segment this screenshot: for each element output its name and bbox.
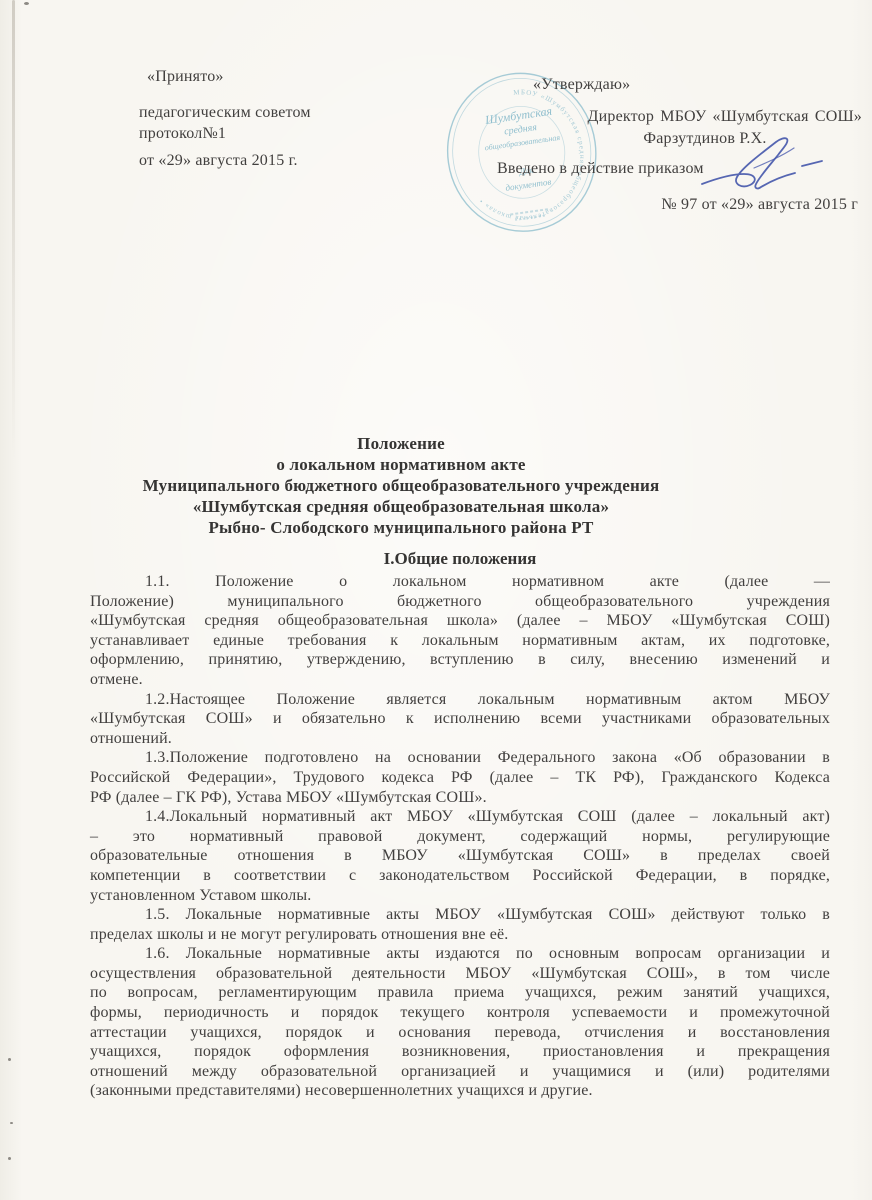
paragraph: 1.4.Локальный нормативный акт МБОУ «Шумб… xyxy=(90,807,830,905)
protocol-number-line: протокол№1 xyxy=(139,125,226,143)
paragraph-line: осуществления образовательной деятельнос… xyxy=(90,964,830,984)
scan-crease xyxy=(12,0,15,460)
paragraph-line: (законными представителями) несовершенно… xyxy=(90,1081,830,1101)
paragraph-line: установленном Уставом школы. xyxy=(90,886,830,906)
paragraph-line: 1.5. Локальные нормативные акты МБОУ «Шу… xyxy=(90,905,830,925)
paragraph-line: пределах школы и не могут регулировать о… xyxy=(90,925,830,945)
paragraph-line: компетенции в соответствии с законодател… xyxy=(90,866,830,886)
title-line: о локальном нормативном акте xyxy=(90,454,712,475)
paragraph: 1.6. Локальные нормативные акты издаются… xyxy=(90,944,830,1101)
paragraph-line: Положение) муниципального бюджетного общ… xyxy=(90,592,830,612)
document-title: Положениео локальном нормативном актеМун… xyxy=(90,433,712,538)
paragraph-line: образовательные отношения в МБОУ «Шумбут… xyxy=(90,846,830,866)
accepted-date-line: от «29» августа 2015 г. xyxy=(139,152,298,170)
paragraph: 1.5. Локальные нормативные акты МБОУ «Шу… xyxy=(90,905,830,944)
paragraph-line: Российской Федерации», Трудового кодекса… xyxy=(90,768,830,788)
paragraph-line: – это нормативный правовой документ, сод… xyxy=(90,827,830,847)
accepted-label: «Принято» xyxy=(147,68,224,86)
paragraph-line: 1.6. Локальные нормативные акты издаются… xyxy=(90,944,830,964)
scan-speck xyxy=(24,2,29,5)
title-line: «Шумбутская средняя общеобразовательная … xyxy=(90,496,712,517)
approve-label: «Утверждаю» xyxy=(533,76,630,94)
title-line: Положение xyxy=(90,433,712,454)
paragraph-line: устанавливает единые требования к локаль… xyxy=(90,631,830,651)
paragraph-line: РФ (далее – ГК РФ), Устава МБОУ «Шумбутс… xyxy=(90,788,830,808)
order-intro-line: Введено в действие приказом xyxy=(497,160,704,178)
document-body: 1.1. Положение о локальном нормативном а… xyxy=(90,572,830,1101)
scan-speck xyxy=(8,1157,11,1160)
paragraph-line: отмене. xyxy=(90,670,830,690)
paragraph-line: учащихся, порядок оформления возникновен… xyxy=(90,1042,830,1062)
title-line: Муниципального бюджетного общеобразовате… xyxy=(90,475,712,496)
paragraph-line: отношений между образовательной организа… xyxy=(90,1062,830,1082)
paragraph-line: оформлению, принятию, утверждению, вступ… xyxy=(90,650,830,670)
title-line: Рыбно- Слободского муниципального района… xyxy=(90,517,712,538)
paragraph-line: 1.1. Положение о локальном нормативном а… xyxy=(90,572,830,592)
section-heading: I.Общие положения xyxy=(90,549,830,569)
director-line: Директор МБОУ «Шумбутская СОШ» xyxy=(588,108,862,126)
paragraph: 1.1. Положение о локальном нормативном а… xyxy=(90,572,830,690)
scan-speck xyxy=(10,1122,13,1124)
paragraph-line: «Шумбутская средняя общеобразовательная … xyxy=(90,611,830,631)
paragraph: 1.3.Положение подготовлено на основании … xyxy=(90,748,830,807)
scanned-document-page: МБОУ «Шумбутская средняя общеобразовател… xyxy=(0,0,872,1200)
paragraph-line: 1.4.Локальный нормативный акт МБОУ «Шумб… xyxy=(90,807,830,827)
paragraph-line: 1.3.Положение подготовлено на основании … xyxy=(90,748,830,768)
accepted-by-line: педагогическим советом xyxy=(139,104,311,122)
paragraph-line: «Шумбутская СОШ» и обязательно к исполне… xyxy=(90,709,830,729)
paragraph-line: отношений. xyxy=(90,729,830,749)
scan-speck xyxy=(8,1058,11,1061)
paragraph-line: формы, периодичность и порядок текущего … xyxy=(90,1003,830,1023)
paragraph-line: аттестации учащихся, порядок и основания… xyxy=(90,1023,830,1043)
paragraph-line: по вопросам, регламентирующим правила пр… xyxy=(90,983,830,1003)
director-signature-icon xyxy=(698,134,828,200)
paragraph-line: 1.2.Настоящее Положение является локальн… xyxy=(90,690,830,710)
paragraph: 1.2.Настоящее Положение является локальн… xyxy=(90,690,830,749)
